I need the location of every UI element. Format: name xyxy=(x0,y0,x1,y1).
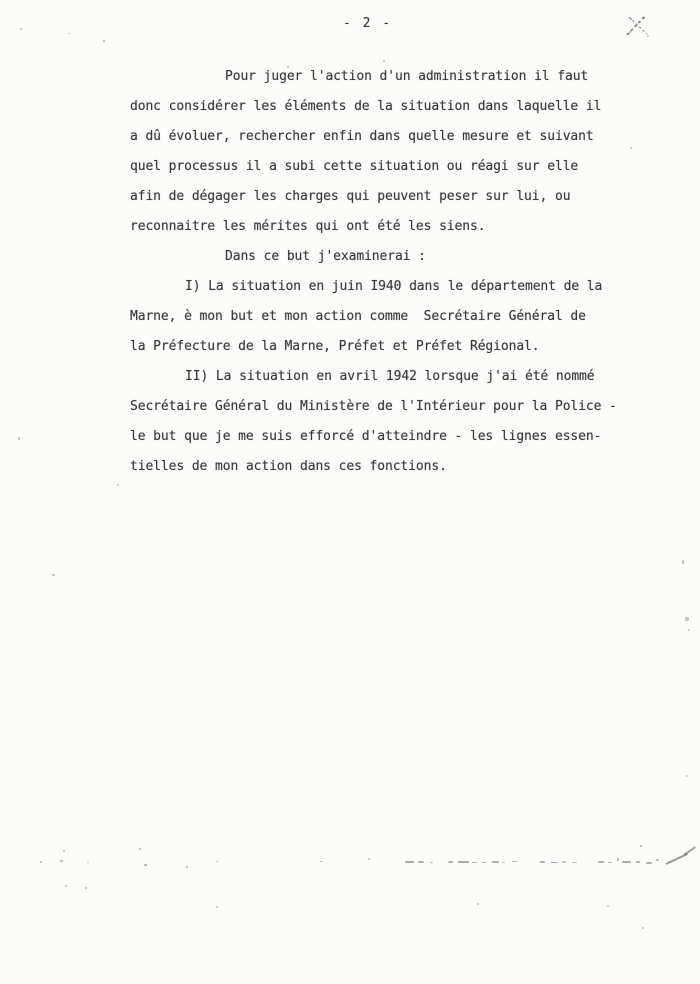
scan-speck xyxy=(622,861,631,863)
scan-speck xyxy=(607,905,609,907)
scan-speck xyxy=(656,859,659,861)
scan-speck xyxy=(87,862,89,863)
scan-speck xyxy=(320,861,323,862)
scanned-document-page: - 2 - Pour juger l'action d'un administr… xyxy=(0,0,700,984)
scan-speck xyxy=(117,484,119,486)
text-line: le but que je me suis efforcé d'atteindr… xyxy=(130,422,630,452)
scan-speck xyxy=(448,861,453,863)
scan-speck xyxy=(608,862,612,863)
scan-speck xyxy=(216,906,218,908)
scan-speck xyxy=(458,861,469,863)
scan-speck xyxy=(640,845,642,847)
text-line: tielles de mon action dans ces fonctions… xyxy=(130,452,630,482)
scan-speck xyxy=(368,858,370,860)
scan-speck xyxy=(636,861,640,863)
scan-speck xyxy=(287,66,289,68)
text-line: la Préfecture de la Marne, Préfet et Pré… xyxy=(130,332,630,362)
scan-speck xyxy=(512,861,517,862)
text-line: a dû évoluer, rechercher enfin dans quel… xyxy=(130,122,630,152)
scan-speck xyxy=(550,862,558,863)
text-line: donc considérer les éléments de la situa… xyxy=(130,92,630,122)
scan-speck xyxy=(405,861,414,863)
scan-speck xyxy=(630,147,632,149)
document-body: Pour juger l'action d'un administration … xyxy=(130,62,630,482)
scan-speck xyxy=(418,861,424,863)
scan-speck xyxy=(144,864,147,866)
text-line: Secrétaire Général du Ministère de l'Int… xyxy=(130,392,630,422)
scan-speck xyxy=(430,862,433,863)
text-line: quel processus il a subi cette situation… xyxy=(130,152,630,182)
scan-speck xyxy=(482,862,486,863)
scan-speck xyxy=(20,28,22,30)
scan-speck xyxy=(492,861,499,863)
scan-speck xyxy=(617,858,619,861)
scan-speck xyxy=(598,861,604,863)
scan-speck xyxy=(686,775,688,777)
scan-speck xyxy=(60,860,63,862)
text-line: Dans ce but j'examinerai : xyxy=(130,242,630,272)
scan-speck xyxy=(562,861,566,863)
pen-stroke xyxy=(683,846,696,856)
scan-speck xyxy=(103,40,105,42)
text-line: I) La situation en juin I940 dans le dép… xyxy=(130,272,630,302)
scan-speck xyxy=(65,885,67,887)
scan-speck xyxy=(472,862,477,863)
scan-speck xyxy=(139,848,141,850)
scan-speck xyxy=(642,927,644,929)
scan-speck xyxy=(186,866,188,868)
scan-speck xyxy=(682,560,684,564)
scan-speck xyxy=(63,850,65,852)
text-line: reconnaitre les mérites qui ont été les … xyxy=(130,212,630,242)
text-line: Pour juger l'action d'un administration … xyxy=(130,62,630,92)
scan-speck xyxy=(477,903,479,905)
text-line: afin de dégager les charges qui peuvent … xyxy=(130,182,630,212)
scan-speck xyxy=(685,617,689,621)
scan-speck xyxy=(502,862,505,863)
scan-speck xyxy=(688,629,690,631)
scan-speck xyxy=(52,574,55,576)
scan-speck xyxy=(383,60,385,62)
scan-speck xyxy=(572,862,577,863)
scan-speck xyxy=(646,862,652,864)
text-line: II) La situation en avril 1942 lorsque j… xyxy=(130,362,630,392)
scan-speck xyxy=(40,861,42,863)
page-number: - 2 - xyxy=(343,16,392,31)
text-line: Marne, è mon but et mon action comme Sec… xyxy=(130,302,630,332)
scan-speck xyxy=(68,33,70,34)
scan-speck xyxy=(540,861,545,863)
scan-speck xyxy=(18,437,20,440)
scan-speck xyxy=(85,887,87,889)
scan-speck xyxy=(216,861,218,862)
pencil-x-icon xyxy=(621,9,653,45)
